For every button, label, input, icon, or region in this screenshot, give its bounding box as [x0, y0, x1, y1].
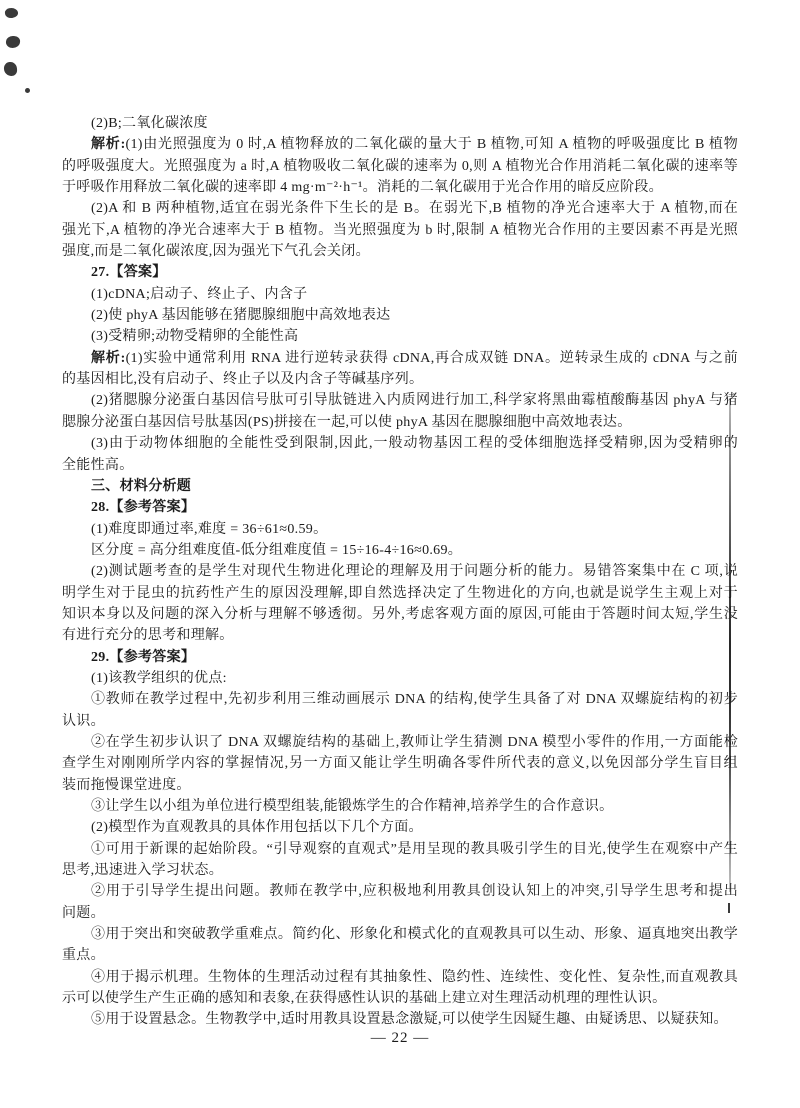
text-line: 解析:(1)实验中通常利用 RNA 进行逆转录获得 cDNA,再合成双链 DNA… [62, 348, 738, 369]
text-line: (3)受精卵;动物受精卵的全能性高 [62, 326, 738, 347]
text-line: 知识本身以及问题的深入分析与理解不够透彻。另外,考虑客观方面的原因,可能由于答题… [62, 604, 738, 625]
text-line: (2)猪腮腺分泌蛋白基因信号肽可引导肽链进入内质网进行加工,科学家将黑曲霉植酸酶… [62, 390, 738, 411]
text-line: (2)模型作为直观教具的具体作用包括以下几个方面。 [62, 817, 738, 838]
text-line: ④用于揭示机理。生物体的生理活动过程有其抽象性、隐约性、连续性、变化性、复杂性,… [62, 967, 738, 988]
text-line: (2)A 和 B 两种植物,适宜在弱光条件下生长的是 B。在弱光下,B 植物的净… [62, 198, 738, 219]
text-line: 查学生对刚刚所学内容的掌握情况,另一方面又能让学生明确各零件所代表的意义,以免因… [62, 753, 738, 774]
text-line: (3)由于动物体细胞的全能性受到限制,因此,一般动物基因工程的受体细胞选择受精卵… [62, 433, 738, 454]
text-line: 全能性高。 [62, 455, 738, 476]
text-line: 的基因相比,没有启动子、终止子以及内含子等碱基序列。 [62, 369, 738, 390]
text-line: 腮腺分泌蛋白基因信号肽基因(PS)拼接在一起,可以使 phyA 基因在腮腺细胞中… [62, 412, 738, 433]
text-line: (1)该教学组织的优点: [62, 668, 738, 689]
ink-blot [4, 7, 18, 19]
text-line: (2)测试题考查的是学生对现代生物进化理论的理解及用于问题分析的能力。易错答案集… [62, 561, 738, 582]
text-line: (2)B;二氧化碳浓度 [62, 113, 738, 134]
text-line: ③让学生以小组为单位进行模型组装,能锻炼学生的合作精神,培养学生的合作意识。 [62, 796, 738, 817]
text-line: 28.【参考答案】 [62, 497, 738, 518]
text-line: (2)使 phyA 基因能够在猪腮腺细胞中高效地表达 [62, 305, 738, 326]
text-line: 认识。 [62, 711, 738, 732]
text-line: 强度,而是二氧化碳浓度,因为强光下气孔会关闭。 [62, 241, 738, 262]
bold-label: 解析: [91, 137, 126, 152]
text-line: ①教师在教学过程中,先初步利用三维动画展示 DNA 的结构,使学生具备了对 DN… [62, 689, 738, 710]
text-line: 强光下,A 植物的净光合速率大于 B 植物。当光照强度为 b 时,限制 A 植物… [62, 220, 738, 241]
text-line: ⑤用于设置悬念。生物教学中,适时用教具设置悬念激疑,可以使学生因疑生趣、由疑诱思… [62, 1009, 738, 1030]
text-line: (1)难度即通过率,难度 = 36÷61≈0.59。 [62, 519, 738, 540]
text-line: ②用于引导学生提出问题。教师在教学中,应积极地利用教具创设认知上的冲突,引导学生… [62, 881, 738, 902]
page-number: — 22 — [0, 1030, 800, 1047]
ink-blot [25, 88, 30, 93]
text-line: 的呼吸强度大。光照强度为 a 时,A 植物吸收二氧化碳的速率为 0,则 A 植物… [62, 156, 738, 177]
text-line: 区分度 = 高分组难度值-低分组难度值 = 15÷16-4÷16≈0.69。 [62, 540, 738, 561]
text-line: ③用于突出和突破教学重难点。简约化、形象化和模式化的直观教具可以生动、形象、逼真… [62, 924, 738, 945]
text-line: 解析:(1)由光照强度为 0 时,A 植物释放的二氧化碳的量大于 B 植物,可知… [62, 134, 738, 155]
text-line: 装而拖慢课堂进度。 [62, 775, 738, 796]
text-line: 思考,迅速进入学习状态。 [62, 860, 738, 881]
answer-text-block: (2)B;二氧化碳浓度解析:(1)由光照强度为 0 时,A 植物释放的二氧化碳的… [62, 113, 738, 1031]
text-line: 问题。 [62, 903, 738, 924]
scanned-page: (2)B;二氧化碳浓度解析:(1)由光照强度为 0 时,A 植物释放的二氧化碳的… [0, 0, 800, 1108]
ink-blot [4, 62, 18, 77]
ink-blot [6, 35, 21, 48]
text-line: 明学生对于昆虫的抗药性产生的原因没理解,即自然选择决定了生物进化的方向,也就是说… [62, 583, 738, 604]
text-line: 重点。 [62, 945, 738, 966]
text-line: 三、材料分析题 [62, 476, 738, 497]
text-line: 示可以使学生产生正确的感知和表象,在获得感性认识的基础上建立对生理活动机理的理性… [62, 988, 738, 1009]
text-line: 有进行充分的思考和理解。 [62, 625, 738, 646]
bold-label: 解析: [91, 351, 126, 366]
text-line: 29.【参考答案】 [62, 647, 738, 668]
text-line: ①可用于新课的起始阶段。“引导观察的直观式”是用呈现的教具吸引学生的目光,使学生… [62, 839, 738, 860]
text-line: 于呼吸作用释放二氧化碳的速率即 4 mg·m⁻²·h⁻¹。消耗的二氧化碳用于光合… [62, 177, 738, 198]
text-line: (1)cDNA;启动子、终止子、内含子 [62, 284, 738, 305]
text-line: 27.【答案】 [62, 262, 738, 283]
text-line: ②在学生初步认识了 DNA 双螺旋结构的基础上,教师让学生猜测 DNA 模型小零… [62, 732, 738, 753]
